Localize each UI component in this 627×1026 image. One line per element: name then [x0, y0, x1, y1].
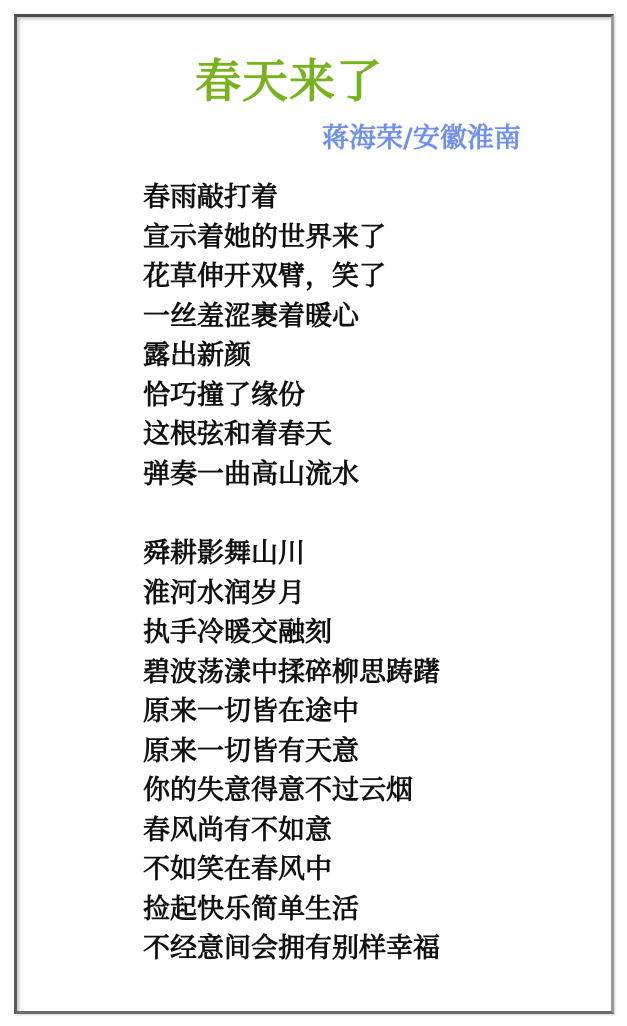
poem-line: 弹奏一曲高山流水: [143, 455, 386, 495]
stanza-1: 春雨敲打着 宣示着她的世界来了 花草伸开双臂，笑了 一丝羞涩裹着暖心 露出新颜 …: [143, 178, 386, 494]
poem-line: 宣示着她的世界来了: [143, 218, 386, 258]
poem-author: 蒋海荣/安徽淮南: [322, 122, 521, 156]
poem-line: 原来一切皆有天意: [143, 732, 440, 772]
poem-line: 露出新颜: [143, 336, 386, 376]
poem-title: 春天来了: [195, 53, 383, 109]
poem-line: 捡起快乐简单生活: [143, 890, 440, 930]
poem-line: 春风尚有不如意: [143, 811, 440, 851]
poem-line: 不如笑在春风中: [143, 850, 440, 890]
poem-line: 舜耕影舞山川: [143, 534, 440, 574]
poem-line: 执手冷暖交融刻: [143, 613, 440, 653]
poem-line: 你的失意得意不过云烟: [143, 771, 440, 811]
poem-line: 不经意间会拥有别样幸福: [143, 929, 440, 969]
poem-line: 春雨敲打着: [143, 178, 386, 218]
poem-line: 一丝羞涩裹着暖心: [143, 297, 386, 337]
poem-line: 花草伸开双臂，笑了: [143, 257, 386, 297]
stanza-2: 舜耕影舞山川 淮河水润岁月 执手冷暖交融刻 碧波荡漾中揉碎柳思踌躇 原来一切皆在…: [143, 534, 440, 969]
poem-line: 碧波荡漾中揉碎柳思踌躇: [143, 653, 440, 693]
poem-line: 恰巧撞了缘份: [143, 376, 386, 416]
poem-line: 淮河水润岁月: [143, 574, 440, 614]
poem-line: 这根弦和着春天: [143, 415, 386, 455]
poem-line: 原来一切皆在途中: [143, 692, 440, 732]
